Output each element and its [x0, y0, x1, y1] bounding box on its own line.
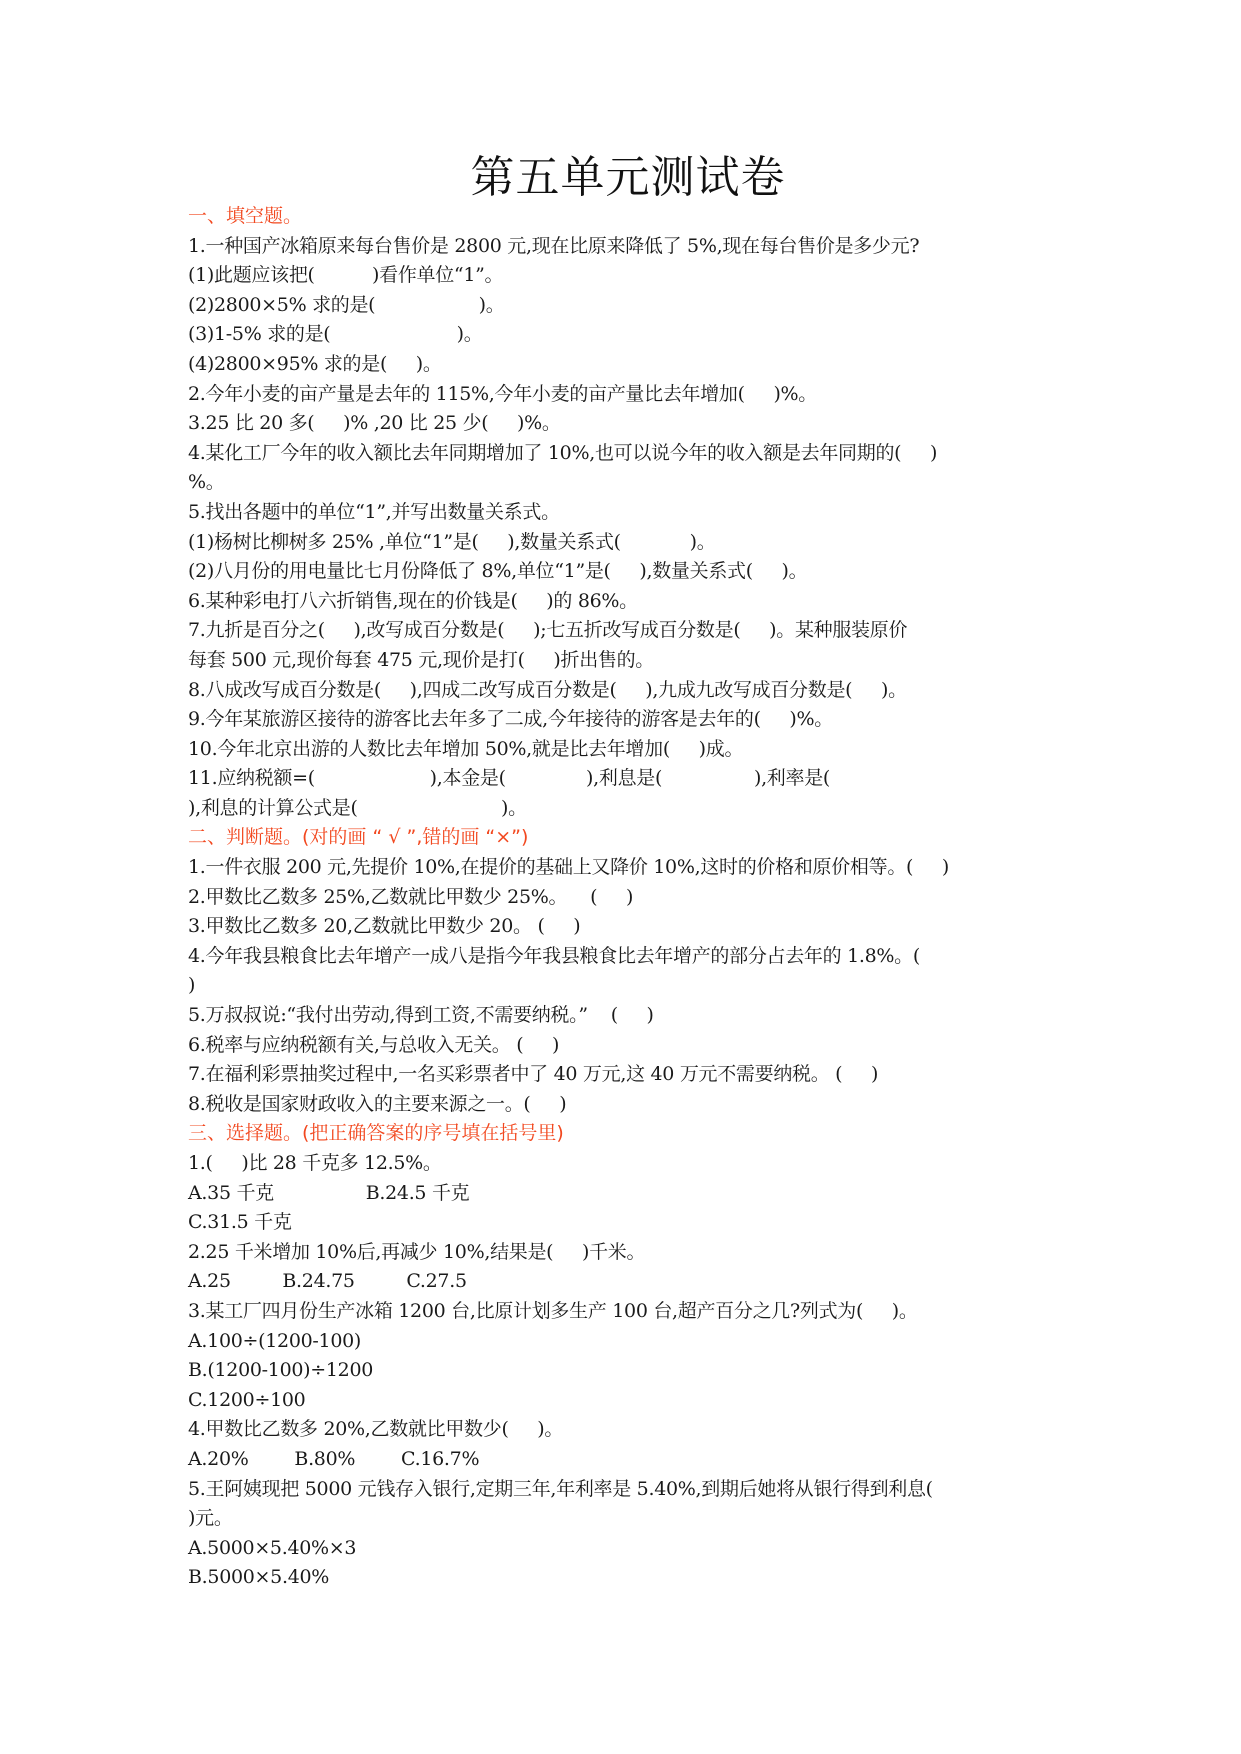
section-fill-in-blanks: 一、填空题。 1.一种国产冰箱原来每台售价是 2800 元,现在比原来降低了 5…	[188, 202, 1068, 823]
question-line: 每套 500 元,现价每套 475 元,现价是打( )折出售的。	[188, 646, 1068, 676]
choice-line: A.5000×5.40%×3	[188, 1534, 1068, 1564]
question-line: 5.万叔叔说:“我付出劳动,得到工资,不需要纳税。” ( )	[188, 1001, 1068, 1031]
question-line: 8.税收是国家财政收入的主要来源之一。( )	[188, 1090, 1068, 1120]
question-line: 11.应纳税额=( ),本金是( ),利息是( ),利率是(	[188, 764, 1068, 794]
question-line: 8.八成改写成百分数是( ),四成二改写成百分数是( ),九成九改写成百分数是(…	[188, 676, 1068, 706]
choice-line: C.31.5 千克	[188, 1208, 1068, 1238]
question-line: 1.( )比 28 千克多 12.5%。	[188, 1149, 1068, 1179]
question-line: 5.找出各题中的单位“1”,并写出数量关系式。	[188, 498, 1068, 528]
section-multiple-choice: 三、选择题。(把正确答案的序号填在括号里) 1.( )比 28 千克多 12.5…	[188, 1119, 1068, 1593]
question-line: 6.税率与应纳税额有关,与总收入无关。 ( )	[188, 1031, 1068, 1061]
question-line: 5.王阿姨现把 5000 元钱存入银行,定期三年,年利率是 5.40%,到期后她…	[188, 1475, 1068, 1505]
question-line: 4.甲数比乙数多 20%,乙数就比甲数少( )。	[188, 1415, 1068, 1445]
choice-line: A.100÷(1200-100)	[188, 1327, 1068, 1357]
question-line: (2)2800×5% 求的是( )。	[188, 291, 1068, 321]
question-line: 1.一种国产冰箱原来每台售价是 2800 元,现在比原来降低了 5%,现在每台售…	[188, 232, 1068, 262]
question-line: 2.甲数比乙数多 25%,乙数就比甲数少 25%。 ( )	[188, 883, 1068, 913]
question-line: )元。	[188, 1504, 1068, 1534]
page-title: 第五单元测试卷	[188, 148, 1068, 208]
question-line: (1)杨树比柳树多 25% ,单位“1”是( ),数量关系式( )。	[188, 528, 1068, 558]
question-line: 3.某工厂四月份生产冰箱 1200 台,比原计划多生产 100 台,超产百分之几…	[188, 1297, 1068, 1327]
question-line: 7.九折是百分之( ),改写成百分数是( );七五折改写成百分数是( )。某种服…	[188, 616, 1068, 646]
question-line: 10.今年北京出游的人数比去年增加 50%,就是比去年增加( )成。	[188, 735, 1068, 765]
choice-line: A.35 千克 B.24.5 千克	[188, 1179, 1068, 1209]
choice-line: A.25 B.24.75 C.27.5	[188, 1267, 1068, 1297]
question-line: (4)2800×95% 求的是( )。	[188, 350, 1068, 380]
section-true-false: 二、判断题。(对的画 “ √ ”,错的画 “×”) 1.一件衣服 200 元,先…	[188, 823, 1068, 1119]
question-line: 7.在福利彩票抽奖过程中,一名买彩票者中了 40 万元,这 40 万元不需要纳税…	[188, 1060, 1068, 1090]
question-line: 2.25 千米增加 10%后,再减少 10%,结果是( )千米。	[188, 1238, 1068, 1268]
section-heading: 一、填空题。	[188, 202, 1068, 232]
question-line: 4.某化工厂今年的收入额比去年同期增加了 10%,也可以说今年的收入额是去年同期…	[188, 439, 1068, 469]
choice-line: B.5000×5.40%	[188, 1563, 1068, 1593]
choice-line: C.1200÷100	[188, 1386, 1068, 1416]
question-line: 4.今年我县粮食比去年增产一成八是指今年我县粮食比去年增产的部分占去年的 1.8…	[188, 942, 1068, 972]
question-line: 9.今年某旅游区接待的游客比去年多了二成,今年接待的游客是去年的( )%。	[188, 705, 1068, 735]
question-line: 3.甲数比乙数多 20,乙数就比甲数少 20。 ( )	[188, 912, 1068, 942]
question-line: (2)八月份的用电量比七月份降低了 8%,单位“1”是( ),数量关系式( )。	[188, 557, 1068, 587]
question-line: (1)此题应该把( )看作单位“1”。	[188, 261, 1068, 291]
choice-line: B.(1200-100)÷1200	[188, 1356, 1068, 1386]
question-line: 1.一件衣服 200 元,先提价 10%,在提价的基础上又降价 10%,这时的价…	[188, 853, 1068, 883]
question-line: 6.某种彩电打八六折销售,现在的价钱是( )的 86%。	[188, 587, 1068, 617]
question-line: (3)1-5% 求的是( )。	[188, 320, 1068, 350]
question-line: %。	[188, 468, 1068, 498]
question-line: ),利息的计算公式是( )。	[188, 794, 1068, 824]
choice-line: A.20% B.80% C.16.7%	[188, 1445, 1068, 1475]
section-heading: 二、判断题。(对的画 “ √ ”,错的画 “×”)	[188, 823, 1068, 853]
section-heading: 三、选择题。(把正确答案的序号填在括号里)	[188, 1119, 1068, 1149]
exam-content: 一、填空题。 1.一种国产冰箱原来每台售价是 2800 元,现在比原来降低了 5…	[188, 202, 1068, 1593]
question-line: 3.25 比 20 多( )% ,20 比 25 少( )%。	[188, 409, 1068, 439]
question-line: 2.今年小麦的亩产量是去年的 115%,今年小麦的亩产量比去年增加( )%。	[188, 380, 1068, 410]
question-line: )	[188, 971, 1068, 1001]
